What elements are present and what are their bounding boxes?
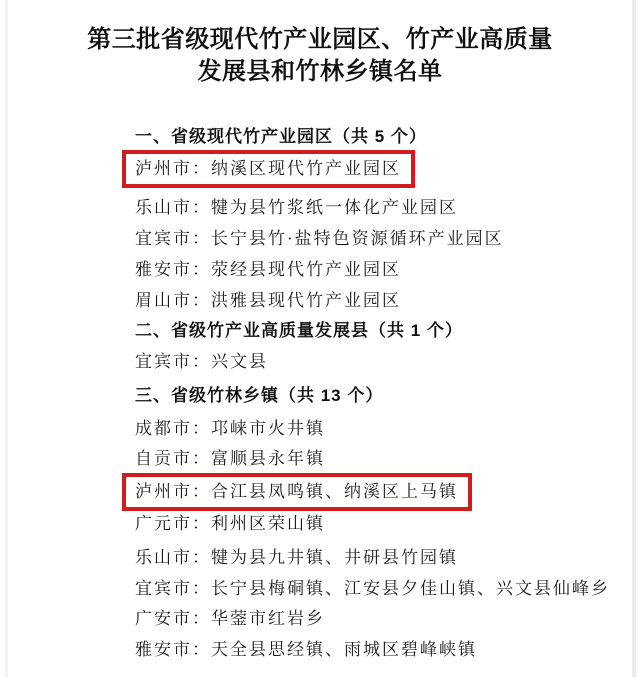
section-1-heading: 一、省级现代竹产业园区（共 5 个） xyxy=(135,127,427,147)
list-item-highlighted-luzhou-park: 泸州市：纳溪区现代竹产业园区 xyxy=(122,150,415,188)
section-2-heading: 二、省级竹产业高质量发展县（共 1 个） xyxy=(135,321,463,341)
list-item-leshan-park: 乐山市：犍为县竹浆纸一体化产业园区 xyxy=(135,198,458,218)
list-item-guangyuan-town: 广元市：利州区荣山镇 xyxy=(135,514,325,534)
document-title-line2: 发展县和竹林乡镇名单 xyxy=(0,56,640,88)
list-item-yibin-county: 宜宾市：兴文县 xyxy=(135,352,268,372)
list-item-meishan-park: 眉山市：洪雅县现代竹产业园区 xyxy=(135,291,401,311)
page-edge-right xyxy=(632,0,636,677)
section-3-heading: 三、省级竹林乡镇（共 13 个） xyxy=(135,386,383,406)
list-item-zigong-town: 自贡市：富顺县永年镇 xyxy=(135,449,325,469)
list-item-yibin-towns: 宜宾市：长宁县梅硐镇、江安县夕佳山镇、兴文县仙峰乡 xyxy=(135,579,610,599)
list-item-guangan-town: 广安市：华蓥市红岩乡 xyxy=(135,609,325,629)
document-page: 第三批省级现代竹产业园区、竹产业高质量 发展县和竹林乡镇名单 一、省级现代竹产业… xyxy=(0,0,640,677)
document-title-line1: 第三批省级现代竹产业园区、竹产业高质量 xyxy=(0,24,640,56)
list-item-leshan-towns: 乐山市：犍为县九井镇、井研县竹园镇 xyxy=(135,548,458,568)
list-item-highlighted-luzhou-towns: 泸州市：合江县凤鸣镇、纳溪区上马镇 xyxy=(122,473,472,511)
list-item-chengdu-town: 成都市：邛崃市火井镇 xyxy=(135,419,325,439)
list-item-yaan-towns: 雅安市：天全县思经镇、雨城区碧峰峡镇 xyxy=(135,640,477,660)
list-item-yibin-park: 宜宾市：长宁县竹·盐特色资源循环产业园区 xyxy=(135,229,504,249)
list-item-yaan-park: 雅安市：荥经县现代竹产业园区 xyxy=(135,260,401,280)
document-title: 第三批省级现代竹产业园区、竹产业高质量 发展县和竹林乡镇名单 xyxy=(0,24,640,88)
page-edge-left xyxy=(5,0,8,677)
